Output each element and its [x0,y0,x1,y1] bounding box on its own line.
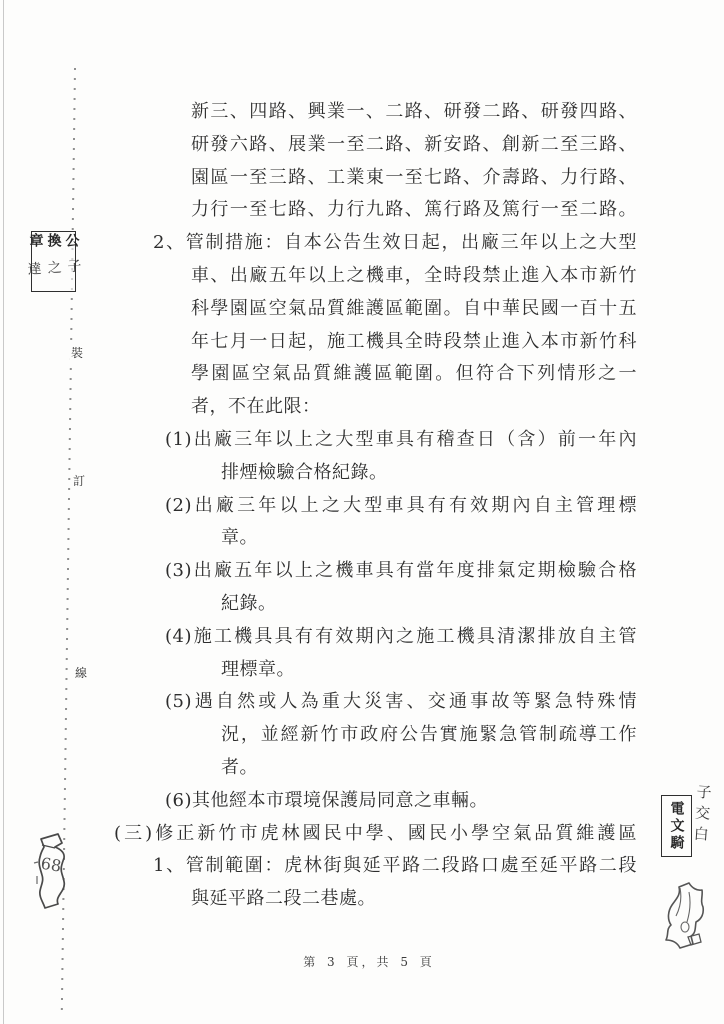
text-line: 新三、四路、興業一、二路、研發二路、研發四路、 [191,96,637,129]
text-line: (3)出廠五年以上之機車具有當年度排氣定期檢驗合格 [165,555,637,588]
text-line: 與延平路二段二巷處。 [191,883,724,916]
text-line: 排煙檢驗合格紀錄。 [221,457,724,490]
document-body: 新三、四路、興業一、二路、研發二路、研發四路、 研發六路、展業一至二路、新安路、… [0,96,724,916]
seal-fragment-left: 68 [26,832,80,914]
text-line: 理標章。 [221,654,724,687]
text-line: 者。 [221,752,724,785]
text-line: 1、管制範圍：虎林街與延平路二段路口處至延平路二段 [153,850,637,883]
scanned-document-page: { "doc": { "lines": [ "新三、四路、興業一、二路、研發二路… [0,0,724,1024]
text-line: 2、管制措施：自本公告生效日起，出廠三年以上之大型 [153,227,637,260]
text-line: 章。 [221,522,724,555]
page-footer: 第 3 頁，共 5 頁 [0,953,724,970]
text-line: (6)其他經本市環境保護局同意之車輛。 [165,785,724,818]
seal-fragment-right [658,880,708,956]
text-line: 力行一至七路、力行九路、篤行路及篤行一至二路。 [191,194,637,227]
text-line: (2)出廠三年以上之大型車具有有效期內自主管理標 [165,490,637,523]
text-line: (1)出廠三年以上之大型車具有稽查日（含）前一年內 [165,424,637,457]
text-line: (三)修正新竹市虎林國民中學、國民小學空氣品質維護區 [114,818,637,851]
text-line: 園區一至三路、工業東一至七路、介壽路、力行路、 [191,162,637,195]
text-line: (5)遇自然或人為重大災害、交通事故等緊急特殊情 [165,686,637,719]
text-line: 者，不在此限： [191,391,724,424]
text-line: 年七月一日起，施工機具全時段禁止進入本市新竹科 [191,326,637,359]
text-line: 科學園區空氣品質維護區範圍。自中華民國一百十五 [191,293,637,326]
text-line: (4)施工機具具有有效期內之施工機具清潔排放自主管 [165,621,637,654]
text-line: 車、出廠五年以上之機車，全時段禁止進入本市新竹 [191,260,637,293]
text-line: 紀錄。 [221,588,724,621]
text-line: 研發六路、展業一至二路、新安路、創新二至三路、 [191,129,637,162]
seal-number: 68 [40,854,63,876]
text-line: 況，並經新竹市政府公告實施緊急管制疏導工作 [221,719,637,752]
text-line: 學園區空氣品質維護區範圍。但符合下列情形之一 [191,358,637,391]
